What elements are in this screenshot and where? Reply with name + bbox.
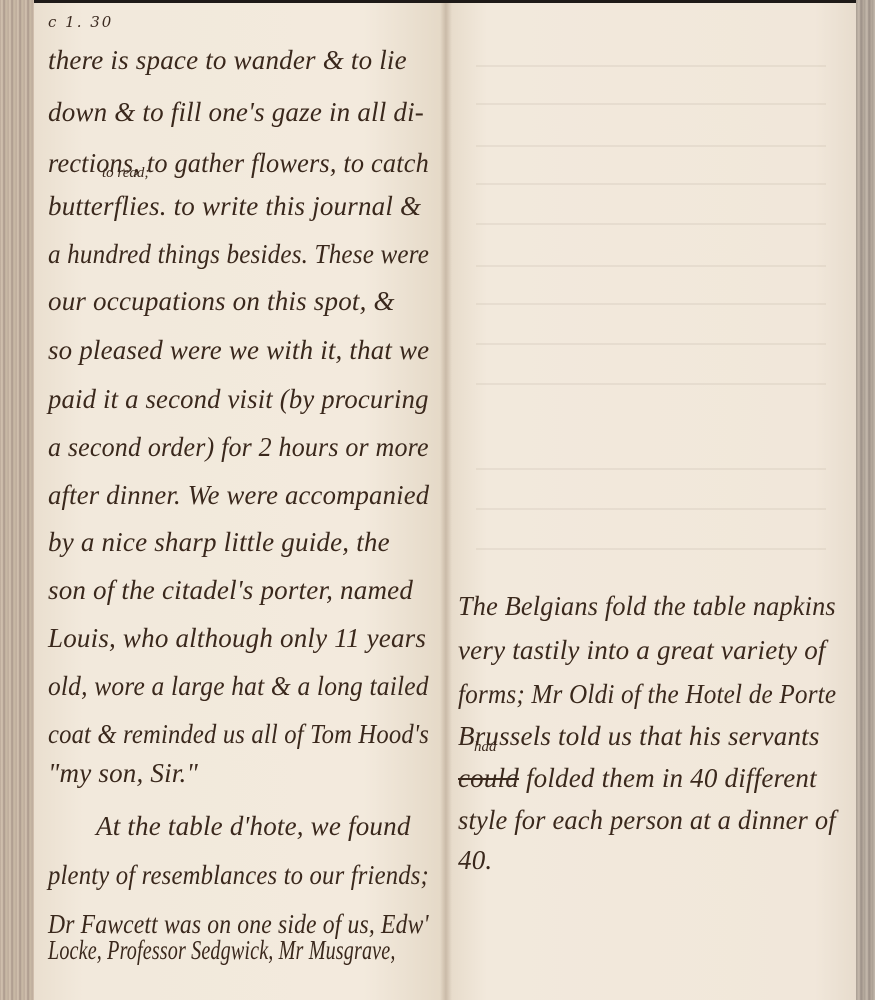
right-page-edges	[856, 0, 875, 1000]
ink-bleed-through	[476, 103, 826, 105]
handwritten-line: Locke, Professor Sedgwick, Mr Musgrave,	[48, 935, 396, 966]
handwritten-line: forms; Mr Oldi of the Hotel de Porte	[458, 679, 836, 710]
left-page: c 1. 30 there is space to wander & to li…	[34, 3, 446, 1000]
handwritten-line: a second order) for 2 hours or more	[48, 432, 429, 463]
ink-bleed-through	[476, 468, 826, 470]
struck-out-word: could	[458, 763, 519, 793]
handwritten-line: Louis, who although only 11 years	[48, 623, 426, 654]
ink-bleed-through	[476, 383, 826, 385]
ink-bleed-through	[476, 303, 826, 305]
handwritten-line: a hundred things besides. These were	[48, 239, 429, 270]
right-page: The Belgians fold the table napkins very…	[446, 3, 856, 1000]
handwritten-line: At the table d'hote, we found	[96, 811, 411, 842]
handwritten-insertion: to read;	[102, 165, 149, 182]
left-page-edges	[0, 0, 34, 1000]
handwritten-line-with-correction: could folded them in 40 different	[458, 763, 817, 794]
handwritten-line: our occupations on this spot, &	[48, 286, 395, 317]
handwritten-line: by a nice sharp little guide, the	[48, 527, 390, 558]
ink-bleed-through	[476, 183, 826, 185]
ink-bleed-through	[476, 548, 826, 550]
line-remainder: folded them in 40 different	[519, 763, 817, 793]
handwritten-line: paid it a second visit (by procuring	[48, 384, 429, 415]
handwritten-line: style for each person at a dinner of	[458, 805, 836, 836]
ink-bleed-through	[476, 265, 826, 267]
page-number: c 1. 30	[48, 13, 113, 31]
handwritten-line: "my son, Sir."	[48, 758, 198, 789]
handwritten-line: coat & reminded us all of Tom Hood's	[48, 719, 429, 750]
ink-bleed-through	[476, 343, 826, 345]
handwritten-line: old, wore a large hat & a long tailed	[48, 671, 429, 702]
book-gutter	[440, 3, 452, 1000]
handwritten-line: Brussels told us that his servants	[458, 721, 820, 752]
ink-bleed-through	[476, 508, 826, 510]
handwritten-line: plenty of resemblances to our friends;	[48, 860, 429, 891]
ink-bleed-through	[476, 223, 826, 225]
handwritten-line: 40.	[458, 845, 492, 876]
handwritten-line: son of the citadel's porter, named	[48, 575, 413, 606]
ink-bleed-through	[476, 145, 826, 147]
handwritten-line: butterflies. to write this journal &	[48, 191, 421, 222]
handwritten-line: there is space to wander & to lie	[48, 45, 407, 76]
handwritten-line: very tastily into a great variety of	[458, 635, 826, 666]
handwritten-insertion: had	[474, 739, 497, 756]
handwritten-line: The Belgians fold the table napkins	[458, 591, 836, 622]
handwritten-line: after dinner. We were accompanied	[48, 480, 429, 511]
ink-bleed-through	[476, 65, 826, 67]
handwritten-line: so pleased were we with it, that we	[48, 335, 429, 366]
handwritten-line: down & to fill one's gaze in all di-	[48, 97, 424, 128]
open-journal: c 1. 30 there is space to wander & to li…	[0, 0, 875, 1000]
